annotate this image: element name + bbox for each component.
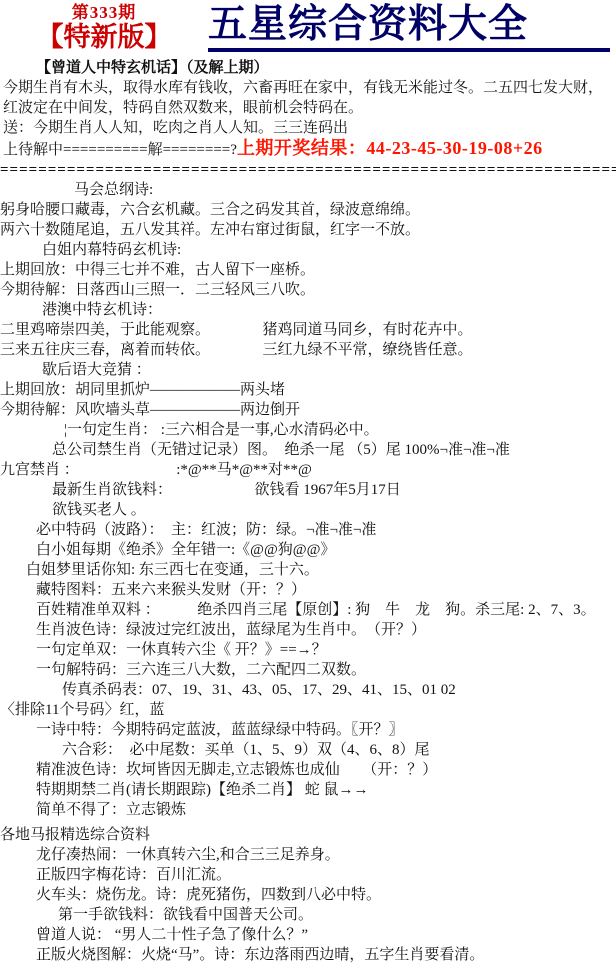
- text-line: 藏特图料：五来六来猴头发财（开：？）: [0, 580, 616, 600]
- text-line: 龙仔凑热闹：一休真转六尘,和合三三足养身。: [0, 845, 616, 865]
- text-line: 正版火烧图解：火烧“马”。诗：东边落雨西边晴，五字生肖要看清。: [0, 945, 616, 965]
- issue-number: 第333期: [0, 3, 208, 22]
- text-line: 传真杀码表：07、19、31、43、05、17、29、41、15、01 02: [0, 680, 616, 700]
- text-line: 今期生肖有木头，取得水库有钱收，六畜再旺在家中，有钱无米能过冬。二五四七发大财，: [0, 78, 616, 98]
- section-xiehouyu-heading: 歇后语大竞猜 ：: [0, 360, 616, 380]
- text-line: 白小姐每期《绝杀》全年错一:《@@狗@@》: [0, 540, 616, 560]
- section-mahui-heading: 马会总纲诗:: [0, 180, 616, 200]
- text-line: ¦一句定生肖： :三六相合是一事,心水清码必中。: [0, 420, 616, 440]
- text-line: 曾道人说： “男人二十性子急了像什么？”: [0, 925, 616, 945]
- page-title: 五星综合资料大全: [208, 3, 610, 52]
- text-line: 九宫禁肖 ： :*@**马*@**对**@: [0, 460, 616, 480]
- content-lines: 【曾道人中特玄机话】（及解上期）今期生肖有木头，取得水库有钱收，六畜再旺在家中，…: [0, 57, 616, 965]
- text-line: 上期回放：胡同里抓炉——————两头堵: [0, 380, 616, 400]
- separator-line: ========================================…: [0, 160, 616, 180]
- text-line: 躬身哈腰口藏毒，六合玄机藏。三合之码发其首，绿波意绵绵。: [0, 200, 616, 220]
- text-line: 最新生肖欲钱料： 欲钱看 1967年5月17日: [0, 480, 616, 500]
- text-line: 欲钱买老人 。: [0, 500, 616, 520]
- text-line: 两六十数随尾追，五八发其祥。左冲右窜过街鼠，红字一不放。: [0, 220, 616, 240]
- edition-label: 【特新版】: [0, 22, 208, 52]
- section-gedimabao-heading: 各地马报精选综合资料: [0, 825, 616, 845]
- section-zengdaoren-heading: 【曾道人中特玄机话】（及解上期）: [0, 58, 616, 78]
- text-line: 六合彩： 必中尾数：买单（1、5、9）双（4、6、8）尾: [0, 740, 616, 760]
- text-line: 精准波色诗：坎坷皆因无脚走,立志锻炼也成仙 （开：？）: [0, 760, 616, 780]
- text-line: 第一手欲钱料：欲钱看中国普天公司。: [0, 905, 616, 925]
- text-line: 特期期禁二肖(请长期跟踪)【绝杀二肖】 蛇 鼠→→: [0, 780, 616, 800]
- text-line: 火车头：烧伤龙。诗：虎死猪伤，四数到八必中特。: [0, 885, 616, 905]
- text-line: 上期回放：中得三七并不难，古人留下一座桥。: [0, 260, 616, 280]
- header: 第333期 【特新版】 五星综合资料大全: [0, 0, 616, 57]
- text-line: 红波定在中间发，特码自然双数来，眼前机会特码在。: [0, 98, 616, 118]
- page: 第333期 【特新版】 五星综合资料大全 【曾道人中特玄机话】（及解上期）今期生…: [0, 0, 616, 980]
- text-line: 正版四字梅花诗：百川汇流。: [0, 865, 616, 885]
- text-line: 生肖波色诗：绿波过完红波出，蓝绿尾为生肖中。 （开？）: [0, 620, 616, 640]
- text-line: 〈排除11个号码〉红，蓝: [0, 700, 616, 720]
- text-line: 一句定单双：一休真转六尘《 开？》==→？: [0, 640, 616, 660]
- last-draw-result: 上待解中==========解========?上期开奖结果：44-23-45-…: [0, 138, 616, 160]
- last-draw-numbers: 上期开奖结果：44-23-45-30-19-08+26: [237, 138, 543, 158]
- text-line: 总公司禁生肖（无错过记录）图。 绝杀一尾 （5）尾 100%¬准¬准¬准: [0, 440, 616, 460]
- text-line: 一句解特码：三六连三八大数，二六配四二双数。: [0, 660, 616, 680]
- text-line: 必中特码（波路）： 主：红波；防：绿。¬准¬准¬准: [0, 520, 616, 540]
- section-baijie-heading: 白姐内幕特码玄机诗:: [0, 240, 616, 260]
- text-line: 白姐梦里话你知: 东三西七在变通，三十六。: [0, 560, 616, 580]
- text-line: 送：今期生肖人人知，吃肉之肖人人知。三三连码出: [0, 118, 616, 138]
- text-line: 一诗中特：今期特码定蓝波，蓝蓝绿绿中特码。〖开？〗: [0, 720, 616, 740]
- text-line: 二里鸡啼崇四美，于此能观察。 猪鸡同道马同乡，有时花卉中。: [0, 320, 616, 340]
- text-line: 三来五往庆三春，离着而转依。 三红九绿不平常，缭绕皆任意。: [0, 340, 616, 360]
- text-line: 简单不得了：立志锻炼: [0, 800, 616, 820]
- text-line: 今期待解：日落西山三照一．二三轻风三八吹。: [0, 280, 616, 300]
- text-line: 今期待解：风吹墙头草——————两边倒开: [0, 400, 616, 420]
- text-line: 百姓精准单双料 ： 绝杀四肖三尾【原创】: 狗 牛 龙 狗。杀三尾: 2、7、3…: [0, 600, 616, 620]
- section-gangao-heading: 港澳中特玄机诗：: [0, 300, 616, 320]
- pending-solve-prefix: 上待解中==========解========?: [3, 142, 237, 158]
- header-left: 第333期 【特新版】: [0, 3, 208, 52]
